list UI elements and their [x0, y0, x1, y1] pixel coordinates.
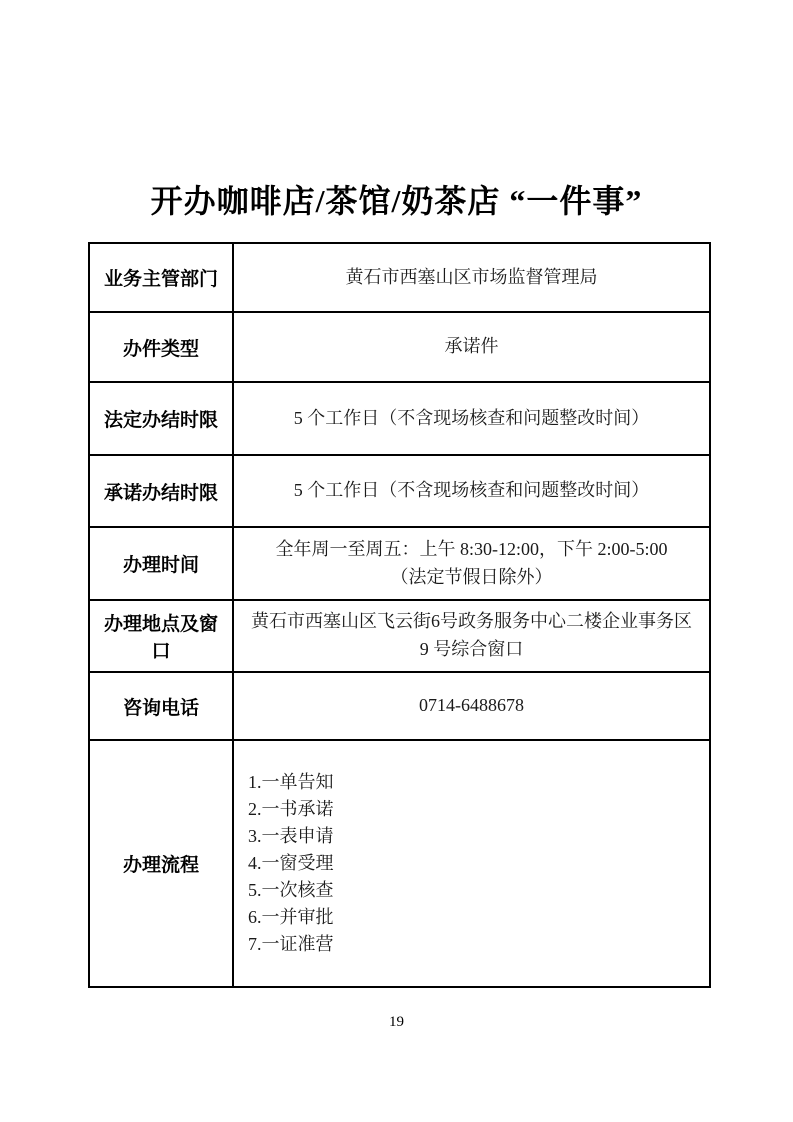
value-line: 黄石市西塞山区飞云街6号政务服务中心二楼企业事务区 [240, 608, 703, 636]
row-label: 办理地点及窗口 [89, 600, 233, 672]
row-label: 办件类型 [89, 312, 233, 382]
process-step: 2.一书承诺 [248, 796, 703, 823]
row-value: 黄石市西塞山区市场监督管理局 [233, 243, 710, 312]
row-label: 承诺办结时限 [89, 455, 233, 527]
page-title: 开办咖啡店/茶馆/奶茶店 “一件事” [0, 176, 793, 222]
row-label: 业务主管部门 [89, 243, 233, 312]
info-table: 业务主管部门 黄石市西塞山区市场监督管理局 办件类型 承诺件 法定办结时限 5 … [88, 242, 711, 988]
value-line: （法定节假日除外） [240, 564, 703, 592]
table-row: 法定办结时限 5 个工作日（不含现场核查和问题整改时间） [89, 382, 710, 455]
value-line: 全年周一至周五：上午 8:30-12:00，下午 2:00-5:00 [240, 536, 703, 564]
process-step: 7.一证准营 [248, 931, 703, 958]
row-value: 5 个工作日（不含现场核查和问题整改时间） [233, 455, 710, 527]
process-step: 1.一单告知 [248, 769, 703, 796]
process-step: 6.一并审批 [248, 904, 703, 931]
table-row: 承诺办结时限 5 个工作日（不含现场核查和问题整改时间） [89, 455, 710, 527]
row-label: 办理时间 [89, 527, 233, 600]
row-value: 0714-6488678 [233, 672, 710, 740]
table-row: 咨询电话 0714-6488678 [89, 672, 710, 740]
process-step: 3.一表申请 [248, 823, 703, 850]
row-value: 5 个工作日（不含现场核查和问题整改时间） [233, 382, 710, 455]
row-label: 法定办结时限 [89, 382, 233, 455]
table-row: 业务主管部门 黄石市西塞山区市场监督管理局 [89, 243, 710, 312]
table-row: 办理地点及窗口 黄石市西塞山区飞云街6号政务服务中心二楼企业事务区 9 号综合窗… [89, 600, 710, 672]
page-number: 19 [0, 1014, 793, 1031]
row-value: 全年周一至周五：上午 8:30-12:00，下午 2:00-5:00 （法定节假… [233, 527, 710, 600]
document-page: 开办咖啡店/茶馆/奶茶店 “一件事” 业务主管部门 黄石市西塞山区市场监督管理局… [0, 0, 793, 1122]
value-line: 9 号综合窗口 [240, 636, 703, 664]
row-label: 咨询电话 [89, 672, 233, 740]
row-value: 黄石市西塞山区飞云街6号政务服务中心二楼企业事务区 9 号综合窗口 [233, 600, 710, 672]
row-label: 办理流程 [89, 740, 233, 987]
table-row: 办理流程 1.一单告知 2.一书承诺 3.一表申请 4.一窗受理 5.一次核查 … [89, 740, 710, 987]
table-row: 办件类型 承诺件 [89, 312, 710, 382]
table-row: 办理时间 全年周一至周五：上午 8:30-12:00，下午 2:00-5:00 … [89, 527, 710, 600]
process-list: 1.一单告知 2.一书承诺 3.一表申请 4.一窗受理 5.一次核查 6.一并审… [233, 740, 710, 987]
process-step: 5.一次核查 [248, 877, 703, 904]
process-step: 4.一窗受理 [248, 850, 703, 877]
row-value: 承诺件 [233, 312, 710, 382]
